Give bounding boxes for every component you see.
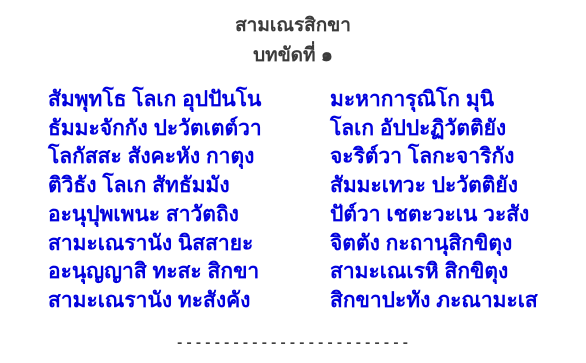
section-subtitle: บทขัดที่ ๑ [0,40,586,70]
verse-line: ติวิธัง โลเก สัทธัมมัง [48,172,262,201]
verse-line: สามะเณเรหิ สิกขิตุง [330,258,538,287]
verse-line: สามะเณรานัง ทะสังคัง [48,287,262,316]
verse-line: สัมพุทโธ โลเก อุปปันโน [48,86,262,115]
verse-line: สัมมะเทวะ ปะวัตติยัง [330,172,538,201]
verse-line: มะหาการุณิโก มุนิ [330,86,538,115]
verse-line: สิกขาปะทัง ภะณามะเส [330,287,538,316]
page-title: สามเณรสิกขา [0,10,586,40]
chant-document-page: สามเณรสิกขา บทขัดที่ ๑ สัมพุทโธ โลเก อุป… [0,0,586,363]
verse-line: ปัต์วา เชตะวะเน วะสัง [330,201,538,230]
verse-line: อะนุปุพเพนะ สาวัตถิง [48,201,262,230]
verse-line: สามะเณรานัง นิสสายะ [48,230,262,259]
dashed-divider: ------------------------- [0,336,586,352]
verse-line: โลกัสสะ สังคะหัง กาตุง [48,143,262,172]
verse-column-left: สัมพุทโธ โลเก อุปปันโน ธัมมะจักกัง ปะวัต… [48,86,262,316]
verse-line: ธัมมะจักกัง ปะวัตเตต์วา [48,115,262,144]
verse-column-right: มะหาการุณิโก มุนิ โลเก อัปปะฏิวัตติยัง จ… [330,86,538,316]
verse-line: อะนุญญาสิ ทะสะ สิกขา [48,258,262,287]
verse-line: จิตตัง กะถานุสิกขิตุง [330,230,538,259]
verse-line: โลเก อัปปะฏิวัตติยัง [330,115,538,144]
verse-line: จะริต์วา โลกะจาริกัง [330,143,538,172]
